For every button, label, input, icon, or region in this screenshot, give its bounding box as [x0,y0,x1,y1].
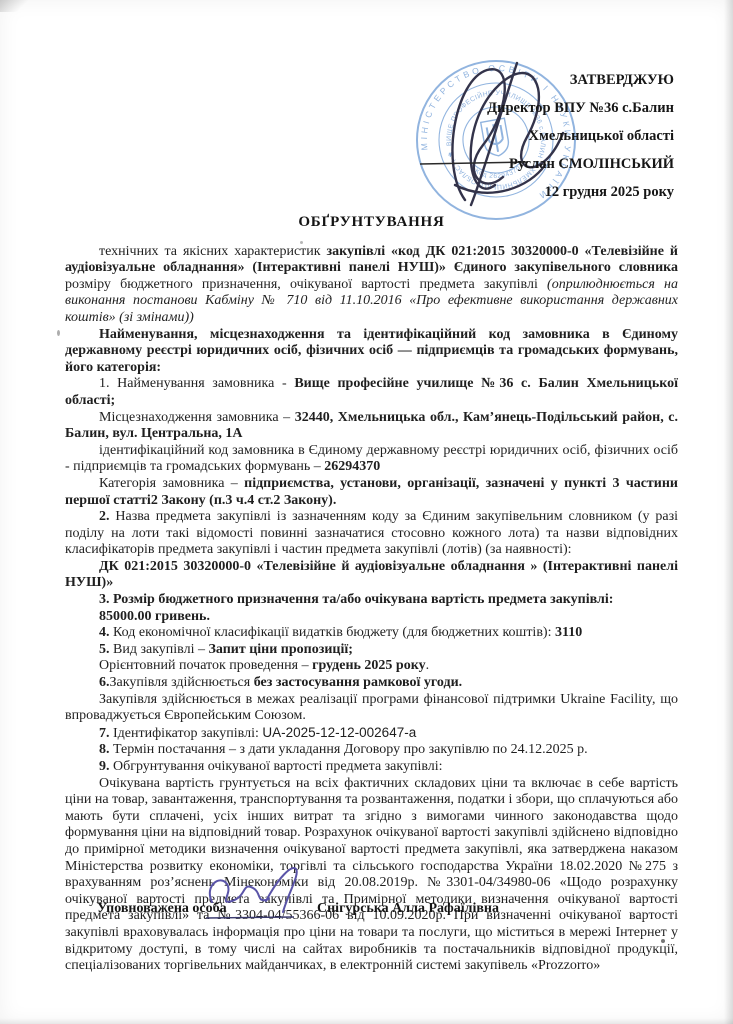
paragraph: 4. Код економічної класифікації видатків… [65,625,678,642]
paragraph: Місцезнаходження замовника – 32440, Хмел… [65,410,678,443]
paragraph: 5. Вид закупівлі – Запит ціни пропозиції… [65,642,678,659]
paragraph: Закупівля здійснюється в межах реалізаці… [65,692,678,725]
paragraph: Найменування, місцезнаходження та іденти… [65,327,678,377]
signoff-name: Снігурська Алла Рафаїлівна [317,901,499,917]
document-body: технічних та якісних характеристик закуп… [65,244,678,975]
approval-line: Хмельницької області [487,122,674,150]
paragraph: ДК 021:2015 30320000-0 «Телевізійне й ау… [65,559,678,592]
paragraph: технічних та якісних характеристик закуп… [65,244,678,327]
paragraph: 6.Закупівля здійснюється без застосуванн… [65,675,678,692]
paragraph: Орієнтовний початок проведення – грудень… [65,658,678,675]
scan-artifact [0,0,30,12]
approval-block: ЗАТВЕРДЖУЮДиректор ВПУ №36 с.БалинХмельн… [487,66,674,206]
paragraph: Очікувана вартість грунтується на всіх ф… [65,776,678,975]
approval-line: ЗАТВЕРДЖУЮ [487,66,674,94]
approval-line: Руслан СМОЛІНСЬКИЙ [487,150,674,178]
page-title: ОБҐРУНТУВАННЯ [65,214,678,231]
signoff-label: Уповноважена особа [97,901,227,917]
approval-line: 12 грудня 2025 року [487,178,674,206]
paragraph: 9. Обгрунтування очікуваної вартості пре… [65,759,678,776]
paragraph: 7. Ідентифікатор закупівлі: UA-2025-12-1… [65,725,678,743]
paragraph: 85000.00 гривень. [65,609,678,626]
paragraph: ідентифікаційний код замовника в Єдиному… [65,443,678,476]
scan-artifact [0,1018,733,1024]
document-body-wrap: ОБҐРУНТУВАННЯ технічних та якісних харак… [65,214,678,975]
paragraph: 3. Розмір бюджетного призначення та/або … [65,592,678,609]
paragraph: 1. Найменування замовника - Вище професі… [65,376,678,409]
paragraph: Категорія замовника – підприємства, уста… [65,476,678,509]
paragraph: 2. Назва предмета закупівлі із зазначенн… [65,509,678,559]
approval-line: Директор ВПУ №36 с.Балин [487,94,674,122]
scan-artifact [57,330,60,336]
scanned-document-page: МІНІСТЕРСТВО ОСВІТИ І НАУКИ УКРАЇНИ ВИЩЕ… [0,0,733,1024]
paragraph: 8. Термін постачання – з дати укладання … [65,742,678,759]
scan-artifact [724,0,733,1024]
